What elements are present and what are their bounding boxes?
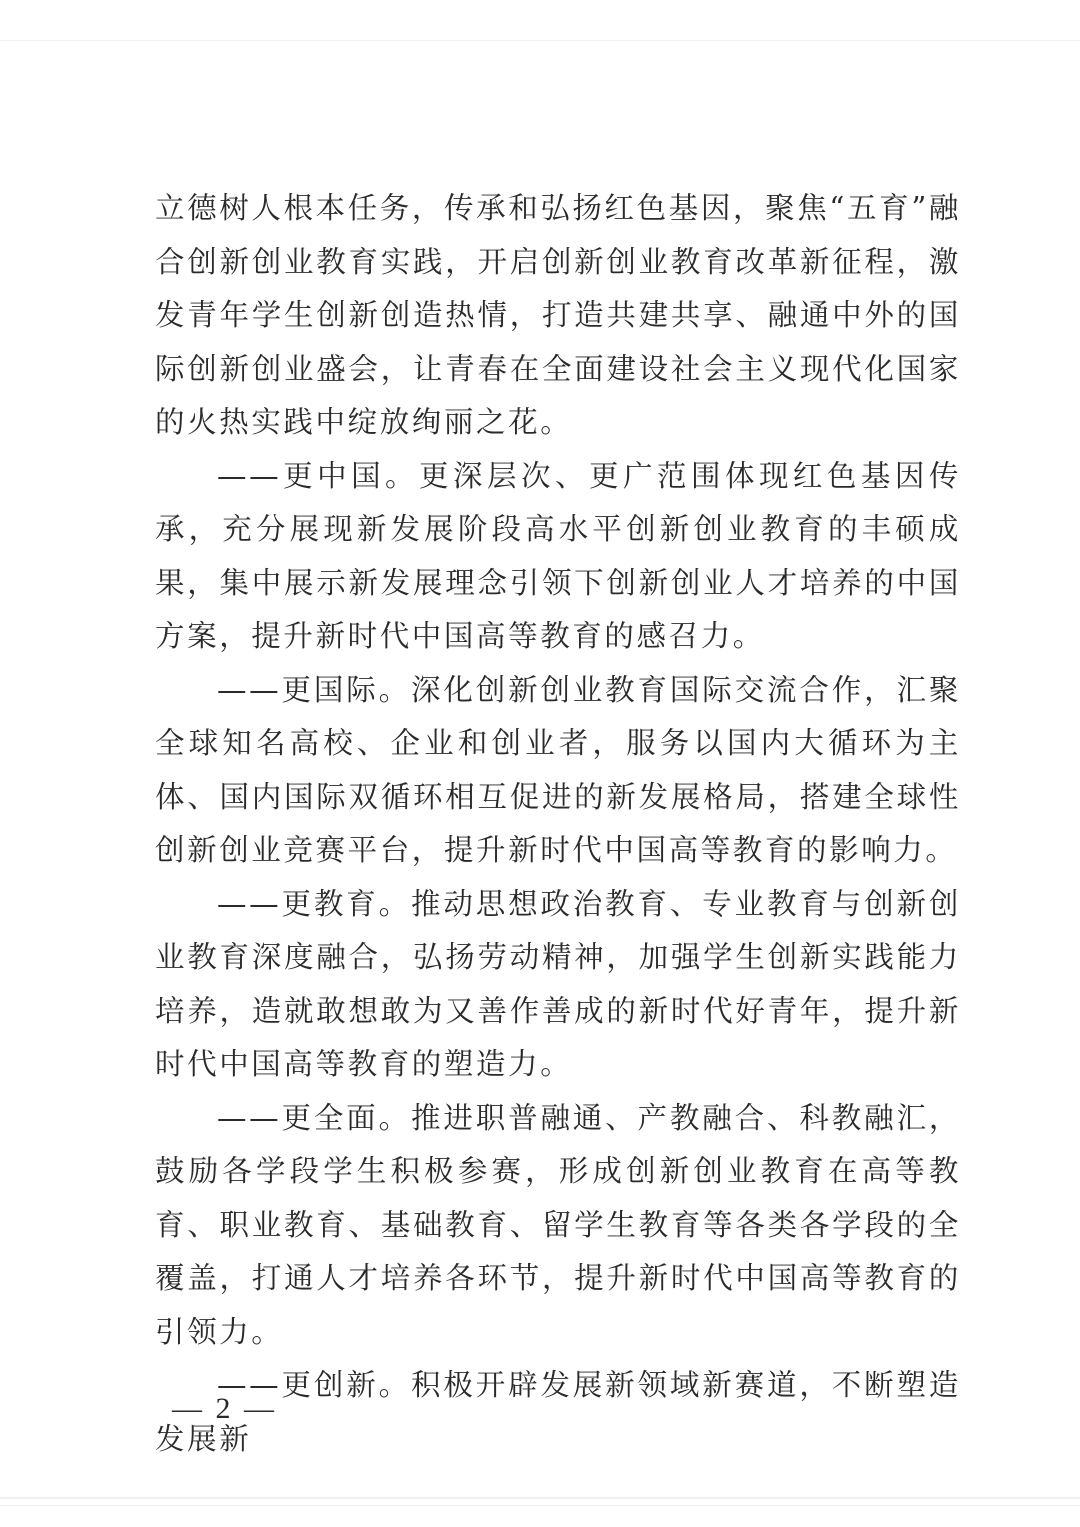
scan-artifact-bottom-secondary [0,1505,1080,1506]
paragraph-more-educational: ——更教育。推动思想政治教育、专业教育与创新创业教育深度融合，弘扬劳动精神，加强… [155,878,961,1092]
page-number: — 2 — [172,1392,277,1426]
paragraph-intro-continuation: 立德树人根本任务，传承和弘扬红色基因，聚焦“五育”融合创新创业教育实践，开启创新… [155,182,961,450]
scan-artifact-bottom [0,1497,1080,1499]
document-body: 立德树人根本任务，传承和弘扬红色基因，聚焦“五育”融合创新创业教育实践，开启创新… [155,182,961,1466]
scan-artifact-top [0,40,1080,41]
paragraph-more-chinese: ——更中国。更深层次、更广范围体现红色基因传承，充分展现新发展阶段高水平创新创业… [155,450,961,664]
paragraph-more-comprehensive: ——更全面。推进职普融通、产教融合、科教融汇，鼓励各学段学生积极参赛，形成创新创… [155,1092,961,1360]
paragraph-more-international: ——更国际。深化创新创业教育国际交流合作，汇聚全球知名高校、企业和创业者，服务以… [155,664,961,878]
